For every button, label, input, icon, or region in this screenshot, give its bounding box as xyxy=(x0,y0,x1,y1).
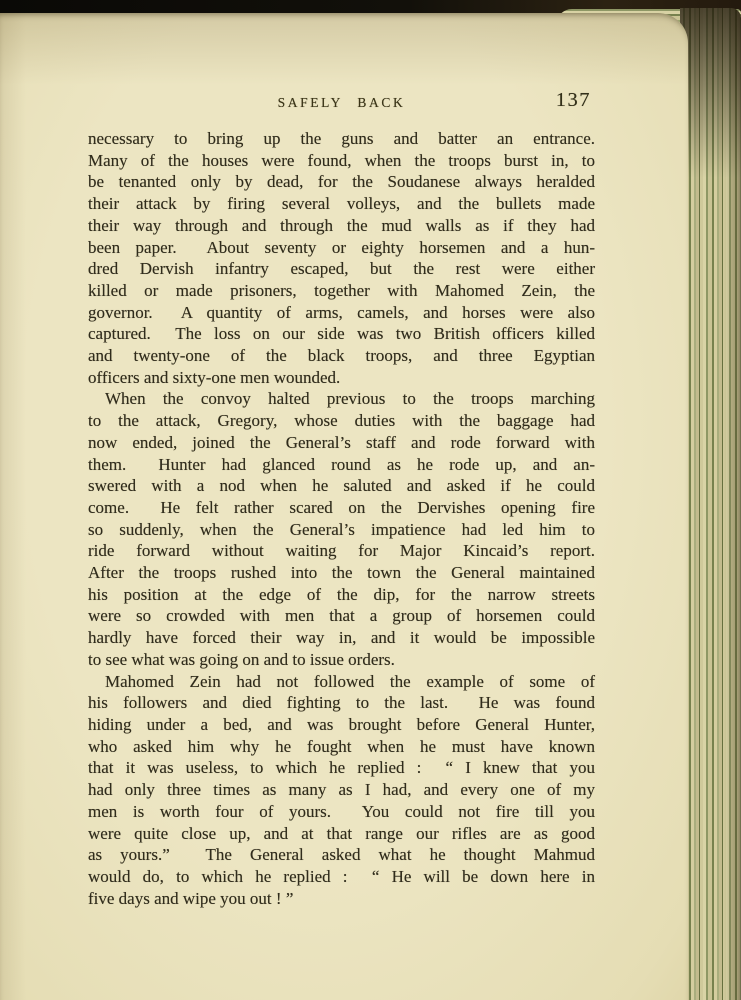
book-page: SAFELY BACK 137 necessary to bring up th… xyxy=(0,13,688,1000)
text-line: swered with a nod when he saluted and as… xyxy=(88,475,595,497)
page-number: 137 xyxy=(556,89,591,112)
text-line: dred Dervish infantry escaped, but the r… xyxy=(88,258,595,280)
text-line: their way through and through the mud wa… xyxy=(88,215,595,237)
text-line: five days and wipe you out ! ” xyxy=(88,888,595,910)
text-line: to see what was going on and to issue or… xyxy=(88,649,595,671)
text-line: Mahomed Zein had not followed the exampl… xyxy=(88,671,595,693)
text-line: When the convoy halted previous to the t… xyxy=(88,388,595,410)
text-line: had only three times as many as I had, a… xyxy=(88,779,595,801)
text-line: officers and sixty-one men wounded. xyxy=(88,367,595,389)
text-line: now ended, joined the General’s staff an… xyxy=(88,432,595,454)
text-line: as yours.” The General asked what he tho… xyxy=(88,844,595,866)
text-line: his position at the edge of the dip, for… xyxy=(88,584,595,606)
paragraph: When the convoy halted previous to the t… xyxy=(88,388,595,670)
text-line: After the troops rushed into the town th… xyxy=(88,562,595,584)
text-line: been paper. About seventy or eighty hors… xyxy=(88,237,595,259)
text-line: that it was useless, to which he replied… xyxy=(88,757,595,779)
text-line: governor. A quantity of arms, camels, an… xyxy=(88,302,595,324)
running-title: SAFELY BACK xyxy=(88,95,595,111)
book-photo: SAFELY BACK 137 necessary to bring up th… xyxy=(0,0,741,1000)
text-line: necessary to bring up the guns and batte… xyxy=(88,128,595,150)
page-content: SAFELY BACK 137 necessary to bring up th… xyxy=(88,91,595,909)
text-line: come. He felt rather scared on the Dervi… xyxy=(88,497,595,519)
page-header: SAFELY BACK 137 xyxy=(88,91,595,113)
page-edges-fore-edge xyxy=(680,8,741,1000)
text-line: and twenty-one of the black troops, and … xyxy=(88,345,595,367)
text-line: who asked him why he fought when he must… xyxy=(88,736,595,758)
text-line: captured. The loss on our side was two B… xyxy=(88,323,595,345)
paragraph: Mahomed Zein had not followed the exampl… xyxy=(88,671,595,910)
text-line: were so crowded with men that a group of… xyxy=(88,605,595,627)
text-line: so suddenly, when the General’s impatien… xyxy=(88,519,595,541)
text-line: Many of the houses were found, when the … xyxy=(88,150,595,172)
text-line: be tenanted only by dead, for the Soudan… xyxy=(88,171,595,193)
text-line: hardly have forced their way in, and it … xyxy=(88,627,595,649)
text-line: them. Hunter had glanced round as he rod… xyxy=(88,454,595,476)
paragraph: necessary to bring up the guns and batte… xyxy=(88,128,595,388)
text-line: to the attack, Gregory, whose duties wit… xyxy=(88,410,595,432)
text-line: ride forward without waiting for Major K… xyxy=(88,540,595,562)
text-line: his followers and died fighting to the l… xyxy=(88,692,595,714)
text-line: their attack by firing several volleys, … xyxy=(88,193,595,215)
page-body: necessary to bring up the guns and batte… xyxy=(88,128,595,909)
text-line: were quite close up, and at that range o… xyxy=(88,823,595,845)
text-line: would do, to which he replied : “ He wil… xyxy=(88,866,595,888)
text-line: men is worth four of yours. You could no… xyxy=(88,801,595,823)
text-line: hiding under a bed, and was brought befo… xyxy=(88,714,595,736)
text-line: killed or made prisoners, together with … xyxy=(88,280,595,302)
